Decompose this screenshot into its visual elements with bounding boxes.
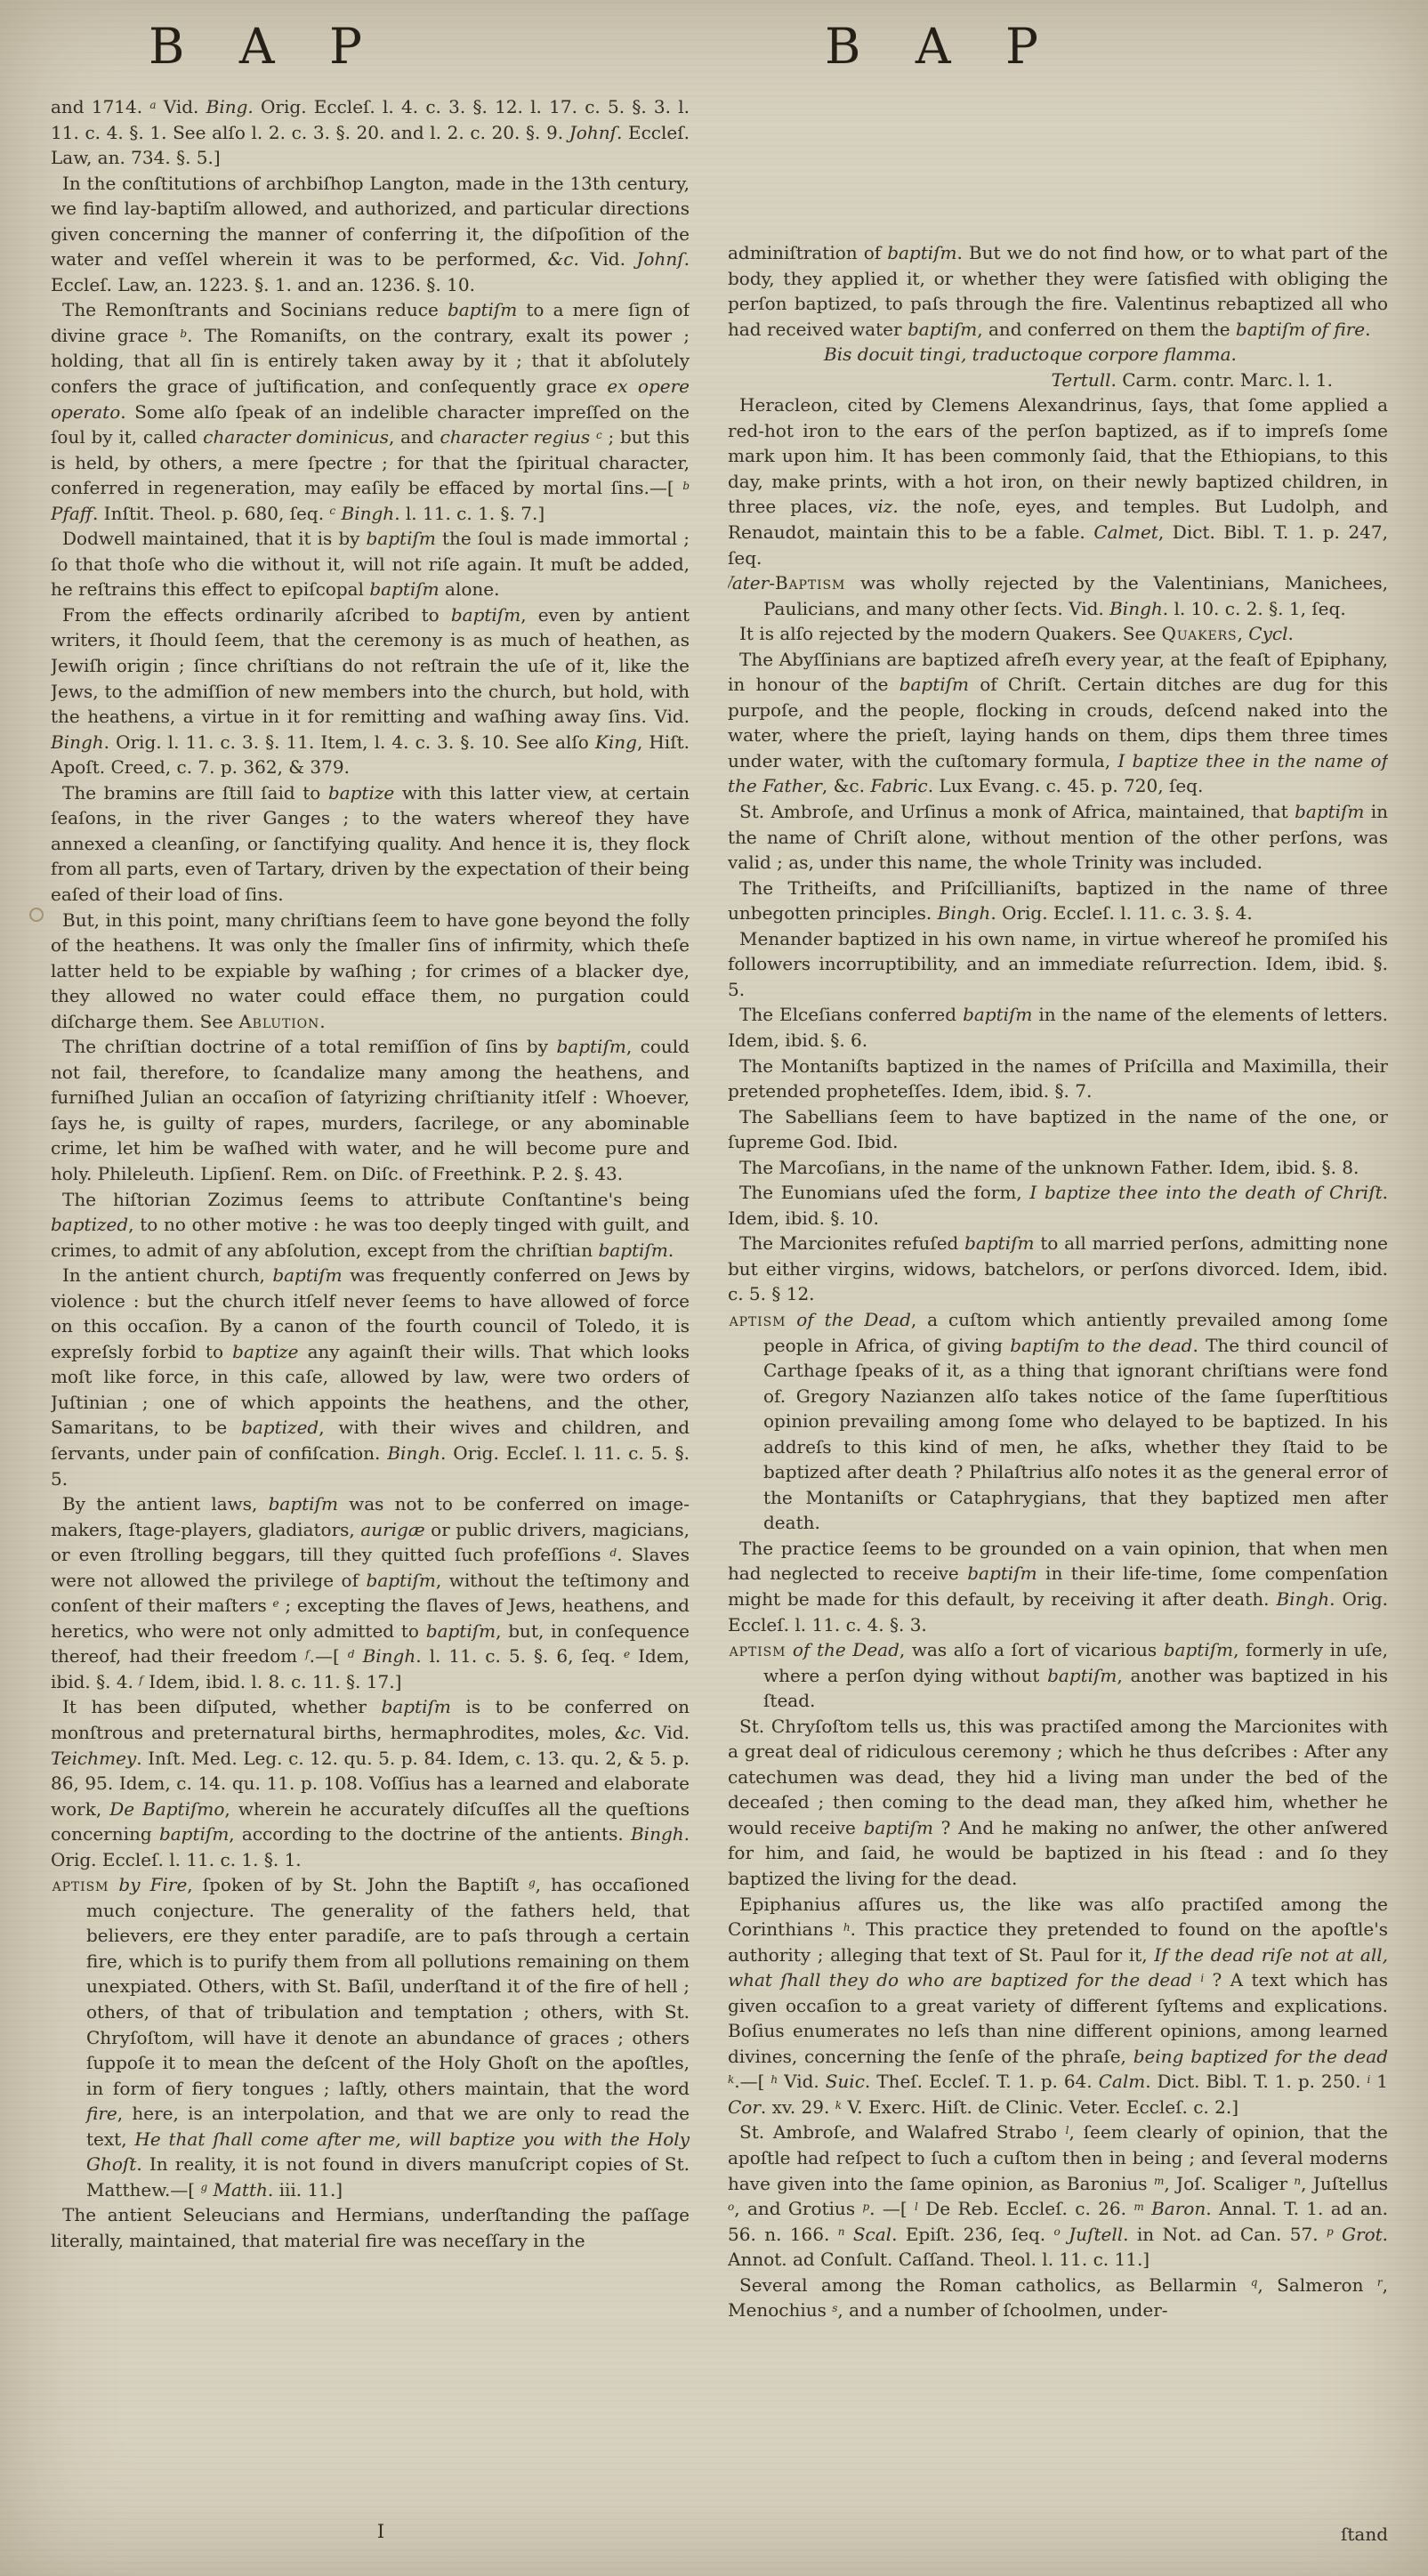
paragraph: By the antient laws, baptiſm was not to … (51, 1491, 690, 1694)
right-column: adminiſtration of baptiſm. But we do not… (728, 240, 1388, 2524)
paragraph: The Remonſtrants and Socinians reduce ba… (51, 297, 690, 526)
paragraph: The Abyſſinians are baptized afreſh ever… (728, 647, 1388, 799)
signature-mark: I (363, 2521, 399, 2542)
paragraph: The antient Seleucians and Hermians, und… (51, 2202, 690, 2253)
paragraph: The Sabellians ſeem to have baptized in … (728, 1104, 1388, 1155)
running-head-left: B A P (132, 18, 399, 75)
paragraph: The Elceſians conferred baptiſm in the n… (728, 1002, 1388, 1053)
paragraph: The bramins are ſtill ſaid to baptize wi… (51, 780, 690, 908)
paragraph: and 1714. a Vid. Bing. Orig. Eccleſ. l. … (51, 94, 690, 171)
paragraph: The practice ſeems to be grounded on a v… (728, 1536, 1388, 1637)
paragraph: St. Chryſoſtom tells us, this was practi… (728, 1714, 1388, 1892)
paragraph: In the conſtitutions of archbiſhop Langt… (51, 171, 690, 298)
paragraph: But, in this point, many chriſtians ſeem… (51, 908, 690, 1035)
paragraph: adminiſtration of baptiſm. But we do not… (728, 240, 1388, 342)
paragraph: The Marcoſians, in the name of the unkno… (728, 1155, 1388, 1181)
paragraph: The chriſtian doctrine of a total remiſſ… (51, 1034, 690, 1186)
paragraph: In the antient church, baptiſm was frequ… (51, 1263, 690, 1491)
paragraph: The hiſtorian Zozimus ſeems to attribute… (51, 1187, 690, 1264)
paragraph: From the effects ordinarily aſcribed to … (51, 602, 690, 780)
paragraph: Baptism of the Dead, a cuſtom which anti… (728, 1307, 1388, 1536)
paragraph: Epiphanius aſſures us, the like was alſo… (728, 1892, 1388, 2120)
paragraph: It has been diſputed, whether baptiſm is… (51, 1694, 690, 1872)
paragraph: The Marcionites refuſed baptiſm to all m… (728, 1231, 1388, 1307)
paragraph: Water-Baptism was wholly rejected by the… (728, 570, 1388, 621)
paragraph: Menander baptized in his own name, in vi… (728, 926, 1388, 1003)
margin-ring-mark (29, 908, 44, 922)
paragraph: It is alſo rejected by the modern Quaker… (728, 621, 1388, 647)
paragraph: Bis docuit tingi, traductoque corpore fl… (728, 342, 1388, 367)
paragraph: St. Ambroſe, and Walafred Strabo l, ſeem… (728, 2120, 1388, 2272)
paragraph: The Tritheiſts, and Priſcillianiſts, bap… (728, 876, 1388, 926)
paragraph: Tertull. Carm. contr. Marc. l. 1. (728, 367, 1388, 393)
paragraph: Baptism of the Dead, was alſo a ſort of … (728, 1637, 1388, 1714)
scanned-book-page: { "page": { "left_header": "B A P", "rig… (0, 0, 1428, 2576)
catchword: ſtand (1210, 2524, 1388, 2545)
running-head-right: B A P (808, 18, 1075, 75)
paragraph: Dodwell maintained, that it is by baptiſ… (51, 526, 690, 602)
paragraph: Baptism by Fire, ſpoken of by St. John t… (51, 1872, 690, 2202)
paragraph: The Montaniſts baptized in the names of … (728, 1054, 1388, 1104)
paragraph: Heracleon, cited by Clemens Alexandrinus… (728, 392, 1388, 570)
paragraph: St. Ambroſe, and Urſinus a monk of Afric… (728, 799, 1388, 876)
paragraph: The Eunomians uſed the form, I baptize t… (728, 1180, 1388, 1231)
paragraph: Several among the Roman catholics, as Be… (728, 2273, 1388, 2323)
left-column: and 1714. a Vid. Bing. Orig. Eccleſ. l. … (51, 94, 690, 2529)
